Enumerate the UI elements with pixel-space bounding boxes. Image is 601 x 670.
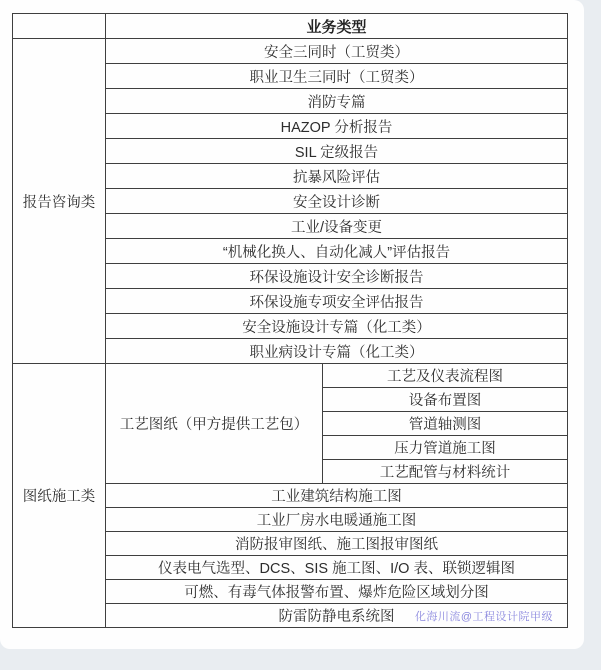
table-cell: 可燃、有毒气体报警布置、爆炸危险区域划分图 [106,580,568,604]
table-cell: 安全设施设计专篇（化工类） [106,314,568,339]
table-row: 报告咨询类 安全三同时（工贸类） [13,39,568,64]
table-cell: 职业卫生三同时（工贸类） [106,64,568,89]
table-cell: HAZOP 分析报告 [106,114,568,139]
table-header-row: 业务类型 [13,14,568,39]
table-cell: 抗暴风险评估 [106,164,568,189]
table-cell: 消防报审图纸、施工图报审图纸 [106,532,568,556]
category-report-consulting: 报告咨询类 [13,39,106,364]
table-cell: 职业病设计专篇（化工类） [106,339,568,364]
page-card: 业务类型 报告咨询类 安全三同时（工贸类） 职业卫生三同时（工贸类） 消防专篇 … [0,0,584,649]
table-row: 图纸施工类 工艺图纸（甲方提供工艺包） 工艺及仪表流程图 [13,364,568,388]
table-cell: 工艺及仪表流程图 [323,364,568,388]
business-type-table: 业务类型 报告咨询类 安全三同时（工贸类） 职业卫生三同时（工贸类） 消防专篇 … [12,13,568,628]
table-cell: 压力管道施工图 [323,436,568,460]
group-cell-process-drawings: 工艺图纸（甲方提供工艺包） [106,364,323,484]
table-cell: 管道轴测图 [323,412,568,436]
table-cell: 安全设计诊断 [106,189,568,214]
watermark-text: 化海川流@工程设计院甲级 [415,608,553,624]
table-cell: 安全三同时（工贸类） [106,39,568,64]
table-cell: 环保设施专项安全评估报告 [106,289,568,314]
table-cell: 工业/设备变更 [106,214,568,239]
corner-cell [13,14,106,39]
table-cell: 设备布置图 [323,388,568,412]
table-cell: SIL 定级报告 [106,139,568,164]
table-cell: 环保设施设计安全诊断报告 [106,264,568,289]
column-header-business-type: 业务类型 [106,14,568,39]
table-cell: 工艺配管与材料统计 [323,460,568,484]
table-cell: 防雷防静电系统图 化海川流@工程设计院甲级 [106,604,568,628]
table-cell: 工业建筑结构施工图 [106,484,568,508]
table-cell: 工业厂房水电暖通施工图 [106,508,568,532]
category-drawing-construction: 图纸施工类 [13,364,106,628]
last-cell-label: 防雷防静电系统图 [279,609,395,625]
table-cell: “机械化换人、自动化减人”评估报告 [106,239,568,264]
table-cell: 消防专篇 [106,89,568,114]
table-cell: 仪表电气选型、DCS、SIS 施工图、I/O 表、联锁逻辑图 [106,556,568,580]
